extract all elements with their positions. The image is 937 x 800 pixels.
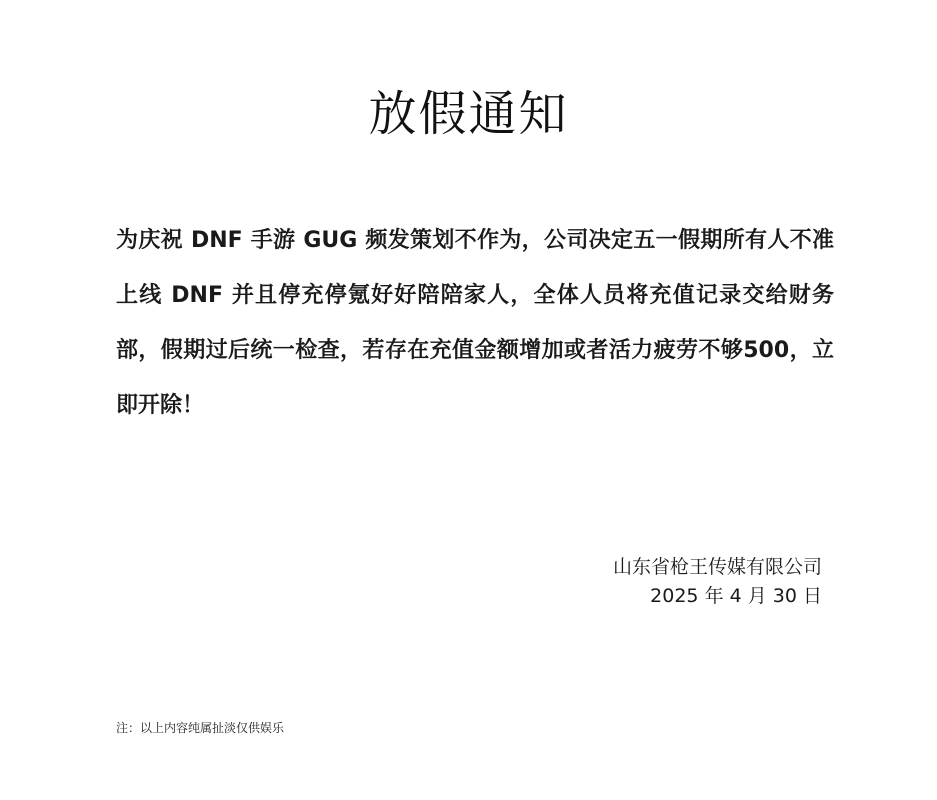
company-name: 山东省枪王传媒有限公司 <box>613 553 822 582</box>
body-text: 手游 <box>243 227 304 253</box>
body-text-latin: 500 <box>743 338 789 363</box>
document-title: 放假通知 <box>0 84 937 144</box>
footnote: 注：以上内容纯属扯淡仅供娱乐 <box>116 719 284 737</box>
body-text-latin: DNF <box>171 283 223 308</box>
signature-block: 山东省枪王传媒有限公司 2025 年 4 月 30 日 <box>613 553 822 611</box>
body-text: 并且停充停氪好好陪陪家人，全体人员将充值记录交给财务部，假期过后统一检查，若存在… <box>116 282 834 363</box>
body-text-latin: DNF <box>191 228 243 253</box>
document-page: 放假通知 为庆祝 DNF 手游 GUG 频发策划不作为，公司决定五一假期所有人不… <box>0 0 937 800</box>
body-text: 为庆祝 <box>116 227 191 253</box>
signature-date: 2025 年 4 月 30 日 <box>613 582 822 611</box>
notice-body: 为庆祝 DNF 手游 GUG 频发策划不作为，公司决定五一假期所有人不准上线 D… <box>116 213 834 432</box>
body-text-latin: GUG <box>303 228 357 253</box>
